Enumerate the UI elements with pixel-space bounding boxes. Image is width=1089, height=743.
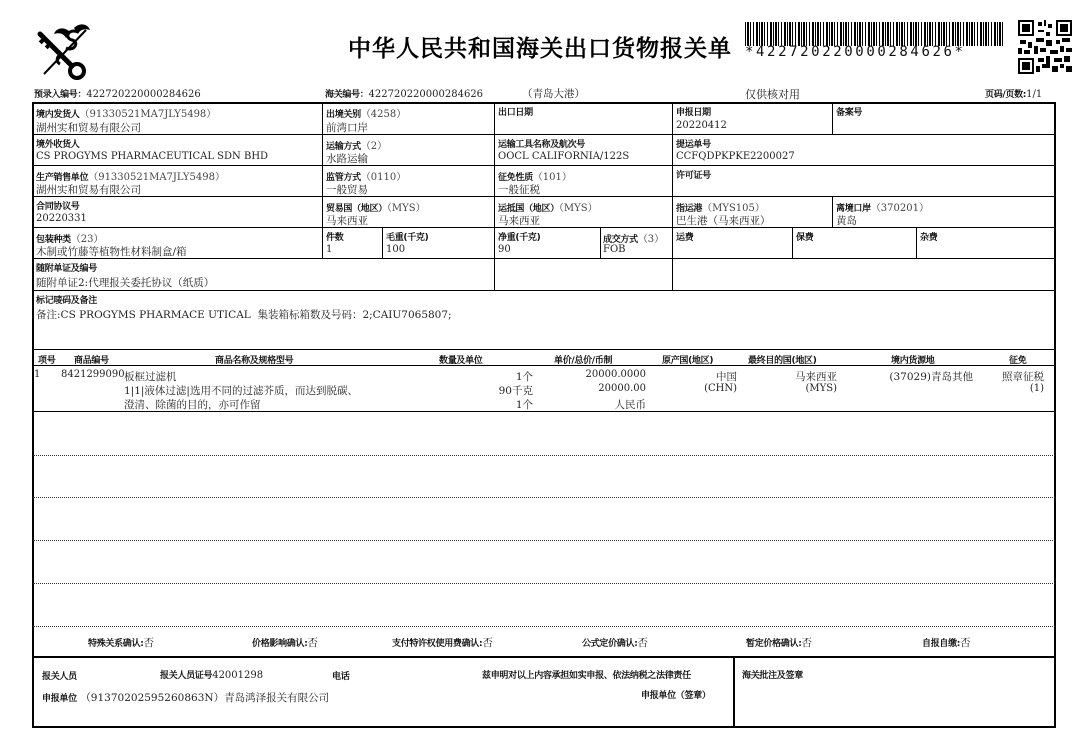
package-type-field: 包装种类（23） (36, 230, 104, 245)
gross-weight-label: 毛重(千克) (386, 230, 428, 243)
goods-header-name-spec: 商品名称及规格型号 (215, 353, 293, 366)
final-destination: 马来西亚 (740, 369, 837, 384)
bill-of-lading-label: 提运单号 (676, 137, 711, 150)
port-of-destination-value: 巴生港（马来西亚） (676, 213, 771, 228)
transaction-mode-code: （3） (638, 234, 664, 245)
confirmation-label: 暂定价格确认: (746, 639, 802, 649)
insurance-label: 保费 (796, 230, 813, 243)
phone-label: 电话 (332, 669, 349, 682)
gross-weight-value: 100 (386, 244, 405, 255)
declarant-cert-label: 报关人员证号 (160, 671, 212, 681)
exit-customs-label: 出境关别 (326, 110, 361, 120)
domestic-shipper-code: （91330521MA7JLY5498） (80, 109, 217, 120)
goods-header-origin: 原产国(地区) (662, 353, 713, 366)
unit-price: 20000.0000 (540, 369, 646, 380)
levy-nature-field: 征免性质（101） (498, 168, 572, 183)
qr-code-icon (1018, 20, 1072, 74)
confirmation-label: 公式定价确认: (582, 639, 638, 649)
pieces-label: 件数 (326, 230, 343, 243)
freight-label: 运费 (676, 230, 693, 243)
trade-country-field: 贸易国（地区）（MYS） (326, 199, 426, 214)
hs-code: 8421299090 (61, 369, 125, 380)
export-date-label: 出口日期 (498, 105, 533, 118)
vessel-voyage-value: OOCL CALIFORNIA/122S (498, 151, 629, 162)
producer-seller-field: 生产销售单位（91330521MA7JLY5498） (36, 168, 225, 183)
supervision-mode-field: 监管方式（0110） (326, 168, 406, 183)
pre-entry-value: 422720220000284626 (86, 89, 201, 100)
declaring-unit-label: 申报单位 (42, 694, 77, 704)
attached-docs-value: 随附单证2:代理报关委托协议（纸质） (36, 275, 214, 290)
confirmation-label: 支付特许权使用费确认: (392, 639, 482, 649)
transport-mode-value: 水路运输 (326, 151, 368, 166)
currency: 人民币 (540, 397, 646, 412)
attached-docs-label: 随附单证及编号 (36, 261, 97, 274)
quantity-1: 1个 (440, 369, 533, 384)
origin-country-code: (CHN) (660, 383, 737, 394)
overseas-consignee-value: CS PROGYMS PHARMACEUTICAL SDN BHD (36, 151, 268, 162)
goods-spec-line1: 1|1|液体过滤|选用不同的过滤芥质，而达到脱碳、 (124, 383, 358, 398)
goods-spec-line2: 澄清、除菌的目的，亦可作留 (124, 397, 261, 412)
goods-header-final-dest: 最终目的国(地区) (748, 353, 817, 366)
domestic-shipper-label: 境内发货人 (36, 110, 80, 120)
customs-endorsement-label: 海关批注及签章 (742, 668, 803, 681)
license-no-label: 许可证号 (676, 168, 711, 181)
confirmation-self-declare: 自报自缴:否 (922, 635, 971, 650)
misc-fees-label: 杂费 (920, 230, 937, 243)
confirmation-label: 自报自缴: (922, 639, 960, 649)
pre-entry-label: 预录入编号： (34, 90, 86, 100)
confirmation-label: 特殊关系确认: (88, 639, 144, 649)
customs-number-value: 422720220000284626 (369, 89, 484, 100)
vessel-voyage-label: 运输工具名称及航次号 (498, 137, 585, 150)
exit-customs-code: （4258） (361, 109, 406, 120)
confirmation-label: 价格影响确认: (252, 639, 308, 649)
goods-header-hs-code: 商品编号 (74, 353, 109, 366)
destination-country-code: （MYS） (559, 203, 598, 214)
departure-port-value: 黄岛 (836, 213, 857, 228)
declarant-label: 报关人员 (42, 669, 77, 682)
confirmation-value: 否 (308, 637, 319, 649)
declaring-unit-value: （91370202595260863N）青岛鸿泽报关有限公司 (80, 692, 329, 704)
barcode-text: *422720220000284626* (745, 44, 1005, 60)
confirmation-value: 否 (482, 637, 493, 649)
quantity-2: 90千克 (440, 383, 533, 398)
goods-name: 板框过滤机 (124, 369, 177, 384)
seal-label: 申报单位（签章） (641, 688, 711, 701)
departure-port-code: （370201） (871, 203, 929, 214)
transaction-mode-value: FOB (603, 244, 626, 255)
declaration-date-value: 20220412 (676, 120, 727, 131)
overseas-consignee-label: 境外收货人 (36, 137, 80, 150)
supervision-mode-value: 一般贸易 (326, 182, 368, 197)
contract-no-value: 20220331 (36, 213, 87, 224)
barcode-icon (745, 22, 1003, 46)
exit-customs-value: 前湾口岸 (326, 120, 368, 135)
pieces-value: 1 (326, 244, 332, 255)
record-no-label: 备案号 (836, 105, 862, 118)
confirmation-provisional-price: 暂定价格确认:否 (746, 635, 812, 650)
goods-header-price: 单价/总价/币制 (554, 353, 612, 366)
declarant-cert-field: 报关人员证号42001298 (160, 668, 263, 681)
domestic-shipper-value: 湖州实和贸易有限公司 (36, 120, 141, 135)
legal-statement: 兹申明对以上内容承担如实申报、依法纳税之法律责任 (482, 668, 691, 681)
destination-country-field: 运抵国（地区）（MYS） (498, 199, 598, 214)
confirmation-value: 否 (144, 637, 155, 649)
pre-entry-number: 预录入编号：422720220000284626 (34, 87, 201, 100)
trade-country-code: （MYS） (387, 203, 426, 214)
domestic-source: (37029)青岛其他 (850, 369, 973, 384)
marks-remarks-label: 标记唛码及备注 (36, 293, 97, 306)
item-no: 1 (34, 369, 40, 380)
customs-office: （青岛大港） (522, 86, 585, 101)
for-check-only-note: 仅供核对用 (745, 86, 800, 102)
declaration-date-label: 申报日期 (676, 105, 711, 118)
confirmation-value: 否 (802, 637, 813, 649)
trade-country-value: 马来西亚 (326, 213, 368, 228)
exit-customs-field: 出境关别（4258） (326, 105, 406, 120)
levy-nature-value: 一般征税 (498, 182, 540, 197)
destination-country-value: 马来西亚 (498, 213, 540, 228)
confirmation-formula-pricing: 公式定价确认:否 (582, 635, 648, 650)
final-destination-code: (MYS) (740, 383, 837, 394)
transaction-mode-field: 成交方式（3） (603, 230, 664, 245)
domestic-shipper-field: 境内发货人（91330521MA7JLY5498） (36, 105, 216, 120)
net-weight-label: 净重(千克) (498, 230, 540, 243)
net-weight-value: 90 (498, 244, 511, 255)
confirmation-price-impact: 价格影响确认:否 (252, 635, 318, 650)
customs-number: 海关编号：422720220000284626 (325, 87, 483, 100)
declaring-unit-field: 申报单位 （91370202595260863N）青岛鸿泽报关有限公司 (42, 690, 329, 705)
confirmation-royalty: 支付特许权使用费确认:否 (392, 635, 493, 650)
quantity-3: 1个 (440, 397, 533, 412)
confirmation-value: 否 (638, 637, 649, 649)
port-of-destination-field: 指运港（MYS105） (676, 199, 765, 214)
goods-header-source: 境内货源地 (891, 353, 935, 366)
confirmation-special-relation: 特殊关系确认:否 (88, 635, 154, 650)
levy-type: 照章征税 (975, 369, 1044, 384)
package-type-value: 木制或竹藤等植物性材料制盒/箱 (36, 244, 187, 259)
confirmation-value: 否 (960, 637, 971, 649)
producer-seller-value: 湖州实和贸易有限公司 (36, 182, 141, 197)
customs-number-label: 海关编号： (325, 90, 369, 100)
contract-no-label: 合同协议号 (36, 199, 80, 212)
customs-emblem-icon (34, 22, 92, 80)
page-value: 1/1 (1026, 89, 1042, 100)
departure-port-field: 离境口岸（370201） (836, 199, 929, 214)
goods-header-item-no: 项号 (38, 353, 55, 366)
page-title: 中华人民共和国海关出口货物报关单 (348, 30, 732, 63)
bill-of-lading-value: CCFQDPKPKE2200027 (676, 151, 795, 162)
marks-remarks-value: 备注:CS PROGYMS PHARMACE UTICAL 集装箱标箱数及号码：… (36, 307, 452, 322)
total-price: 20000.00 (540, 383, 646, 394)
page-label: 页码/页数: (985, 90, 1026, 100)
levy-code: (1) (975, 383, 1044, 394)
goods-header-levy: 征免 (1009, 353, 1026, 366)
transport-mode-field: 运输方式（2） (326, 137, 387, 152)
goods-header-quantity: 数量及单位 (439, 353, 483, 366)
page-indicator: 页码/页数:1/1 (985, 87, 1042, 100)
declarant-cert-value: 42001298 (212, 670, 263, 681)
origin-country: 中国 (660, 369, 737, 384)
